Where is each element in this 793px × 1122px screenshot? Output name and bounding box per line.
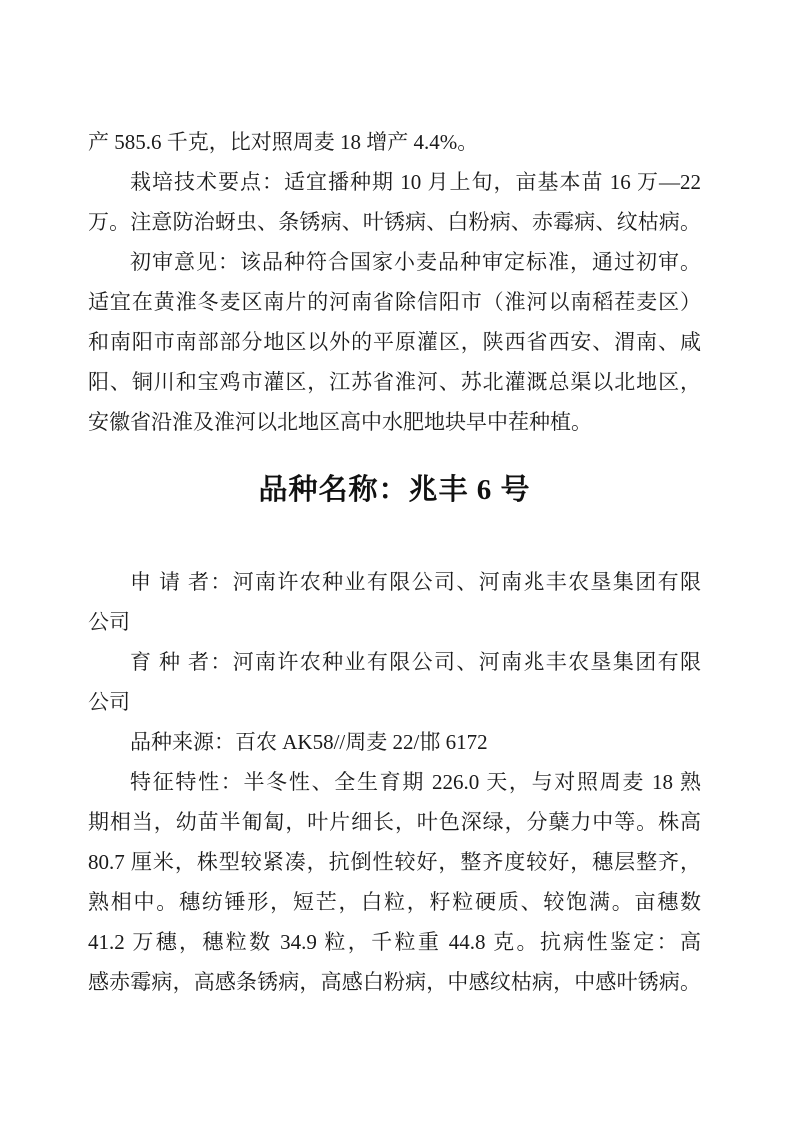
text-line: 育 种 者：河南许农种业有限公司、河南兆丰农垦集团有限 bbox=[88, 642, 701, 682]
text-line: 栽培技术要点：适宜播种期 10 月上旬，亩基本苗 16 万—22 bbox=[88, 162, 701, 202]
text-line: 公司 bbox=[88, 682, 701, 722]
detail-paragraphs: 申 请 者：河南许农种业有限公司、河南兆丰农垦集团有限 公司 育 种 者：河南许… bbox=[88, 562, 701, 1002]
document-page: 产 585.6 千克，比对照周麦 18 增产 4.4%。 栽培技术要点：适宜播种… bbox=[0, 0, 793, 1122]
text-line: 80.7 厘米，株型较紧凑，抗倒性较好，整齐度较好，穗层整齐， bbox=[88, 842, 701, 882]
text-line: 特征特性：半冬性、全生育期 226.0 天，与对照周麦 18 熟 bbox=[88, 762, 701, 802]
text-line: 感赤霉病，高感条锈病，高感白粉病，中感纹枯病，中感叶锈病。 bbox=[88, 962, 701, 1002]
text-line: 安徽省沿淮及淮河以北地区高中水肥地块早中茬种植。 bbox=[88, 402, 701, 442]
text-line: 阳、铜川和宝鸡市灌区，江苏省淮河、苏北灌溉总渠以北地区， bbox=[88, 362, 701, 402]
page-content: 产 585.6 千克，比对照周麦 18 增产 4.4%。 栽培技术要点：适宜播种… bbox=[0, 0, 793, 1002]
text-line: 公司 bbox=[88, 602, 701, 642]
text-line: 品种来源：百农 AK58//周麦 22/邯 6172 bbox=[88, 722, 701, 762]
text-line: 熟相中。穗纺锤形，短芒，白粒，籽粒硬质、较饱满。亩穗数 bbox=[88, 882, 701, 922]
text-line: 适宜在黄淮冬麦区南片的河南省除信阳市（淮河以南稻茬麦区） bbox=[88, 282, 701, 322]
intro-paragraphs: 产 585.6 千克，比对照周麦 18 增产 4.4%。 栽培技术要点：适宜播种… bbox=[88, 122, 701, 442]
text-line: 41.2 万穗，穗粒数 34.9 粒，千粒重 44.8 克。抗病性鉴定：高 bbox=[88, 922, 701, 962]
text-line: 初审意见：该品种符合国家小麦品种审定标准，通过初审。 bbox=[88, 242, 701, 282]
text-line: 万。注意防治蚜虫、条锈病、叶锈病、白粉病、赤霉病、纹枯病。 bbox=[88, 202, 701, 242]
variety-name-heading: 品种名称：兆丰 6 号 bbox=[88, 465, 701, 515]
text-line: 申 请 者：河南许农种业有限公司、河南兆丰农垦集团有限 bbox=[88, 562, 701, 602]
text-line: 期相当，幼苗半匍匐，叶片细长，叶色深绿，分蘖力中等。株高 bbox=[88, 802, 701, 842]
text-line: 产 585.6 千克，比对照周麦 18 增产 4.4%。 bbox=[88, 122, 701, 162]
text-line: 和南阳市南部部分地区以外的平原灌区，陕西省西安、渭南、咸 bbox=[88, 322, 701, 362]
